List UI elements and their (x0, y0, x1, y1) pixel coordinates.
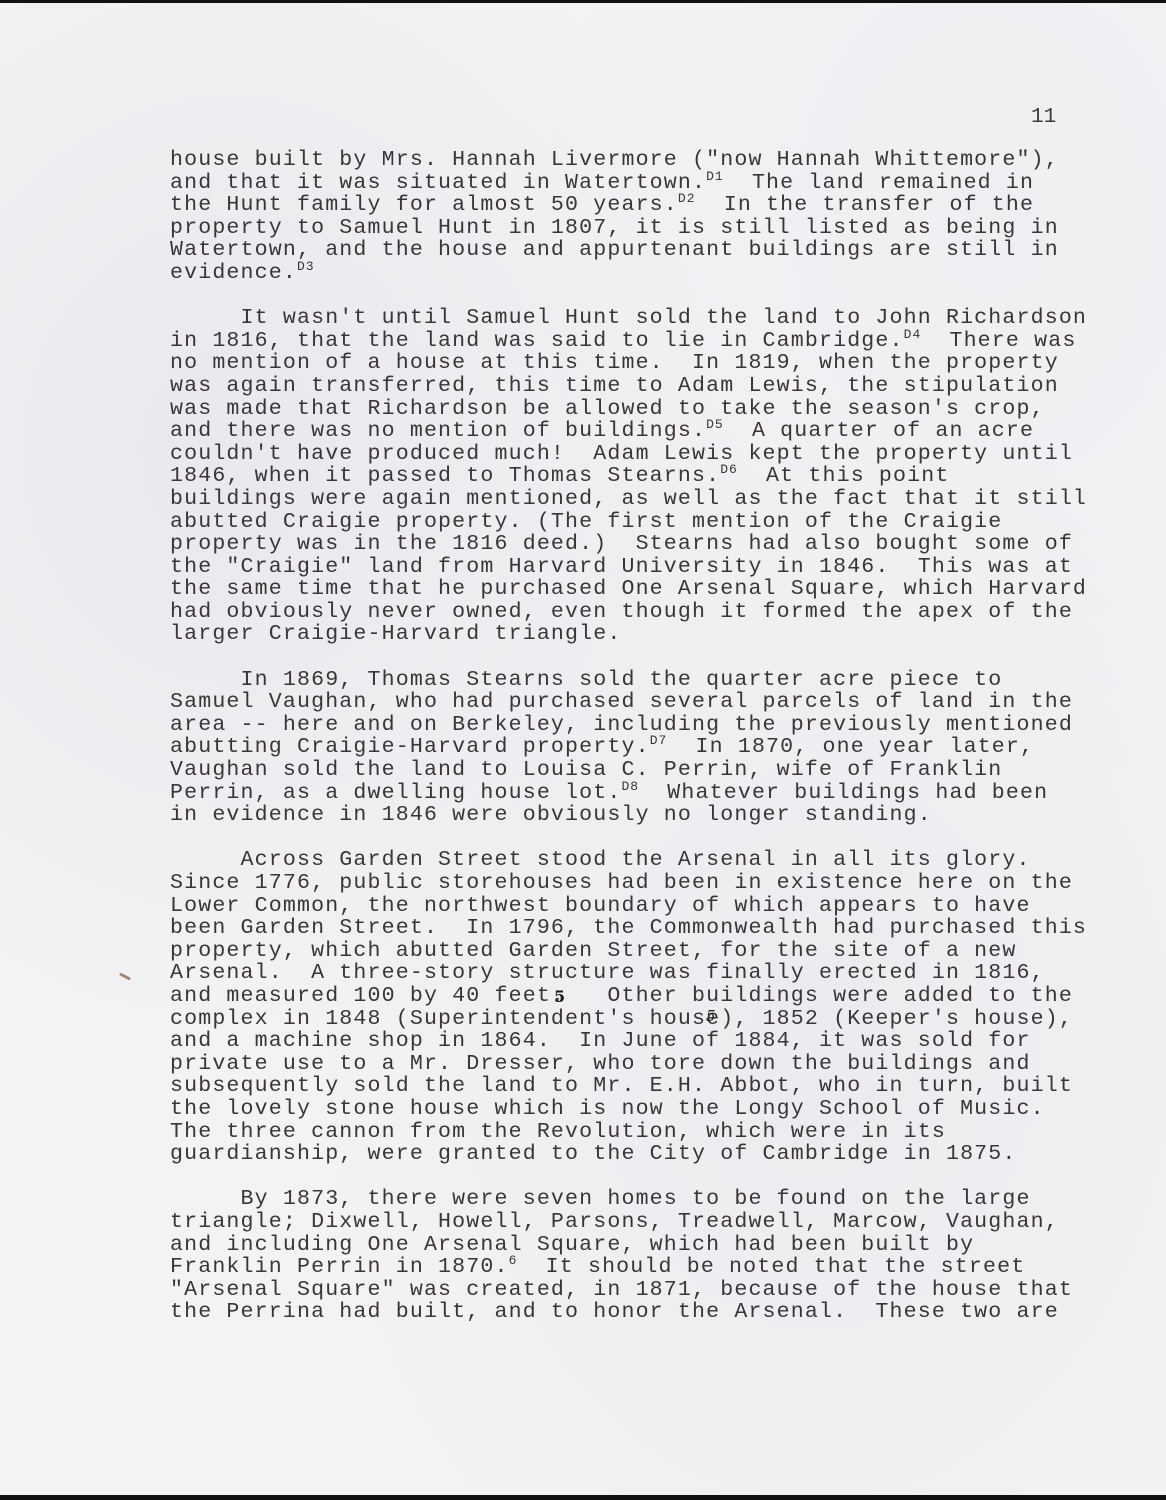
line-text: house built by Mrs. Hannah Livermore ("n… (170, 148, 1059, 172)
line-text-continued: It should be noted that the street (517, 1255, 1025, 1279)
text-line: the same time that he purchased One Arse… (170, 578, 1070, 601)
line-text: and a machine shop in 1864. In June of 1… (170, 1029, 1031, 1053)
paragraph: It wasn't until Samuel Hunt sold the lan… (170, 307, 1070, 646)
line-text: "Arsenal Square" was created, in 1871, b… (170, 1278, 1073, 1302)
line-text: guardianship, were granted to the City o… (170, 1142, 1017, 1166)
line-text: abutting Craigie-Harvard property. (170, 735, 650, 759)
line-text: abutted Craigie property. (The first men… (170, 510, 1002, 534)
handwritten-footnote-mark: 5 (554, 987, 565, 1006)
line-text: triangle; Dixwell, Howell, Parsons, Trea… (170, 1210, 1059, 1234)
text-line: Vaughan sold the land to Louisa C. Perri… (170, 759, 1070, 782)
line-text-continued: A quarter of an acre (724, 419, 1034, 443)
text-line: subsequently sold the land to Mr. E.H. A… (170, 1075, 1070, 1098)
line-text: the Perrina had built, and to honor the … (170, 1300, 1059, 1324)
footnote-reference: D8 (621, 779, 639, 794)
text-line: abutting Craigie-Harvard property.D7 In … (170, 736, 1070, 759)
body-text: house built by Mrs. Hannah Livermore ("n… (170, 149, 1070, 1324)
line-text: property, which abutted Garden Street, f… (170, 939, 1017, 963)
text-line: the lovely stone house which is now the … (170, 1098, 1070, 1121)
text-line: and including One Arsenal Square, which … (170, 1234, 1070, 1257)
text-line: been Garden Street. In 1796, the Commonw… (170, 917, 1070, 940)
line-text: been Garden Street. In 1796, the Commonw… (170, 916, 1087, 940)
text-line: was again transferred, this time to Adam… (170, 375, 1070, 398)
text-line: and there was no mention of buildings.D5… (170, 420, 1070, 443)
footnote-reference: D5 (706, 417, 724, 432)
line-text: Across Garden Street stood the Arsenal i… (170, 848, 1031, 872)
text-line: area -- here and on Berkeley, including … (170, 714, 1070, 737)
text-line: the "Craigie" land from Harvard Universi… (170, 556, 1070, 579)
line-text-continued: Whatever buildings had been (639, 781, 1048, 805)
text-line: Franklin Perrin in 1870.6 It should be n… (170, 1256, 1070, 1279)
page-number: 11 (1031, 106, 1056, 129)
line-text-continued: In the transfer of the (696, 193, 1035, 217)
line-text-continued: There was (921, 329, 1076, 353)
line-text: Samuel Vaughan, who had purchased severa… (170, 690, 1073, 714)
line-text: and including One Arsenal Square, which … (170, 1233, 974, 1257)
line-text: Perrin, as a dwelling house lot. (170, 781, 621, 805)
line-text: was made that Richardson be allowed to t… (170, 397, 1045, 421)
text-line: property, which abutted Garden Street, f… (170, 940, 1070, 963)
text-line: evidence.D3 (170, 262, 1070, 285)
line-text: 1846, when it passed to Thomas Stearns. (170, 464, 720, 488)
text-line: guardianship, were granted to the City o… (170, 1143, 1070, 1166)
text-line: had obviously never owned, even though i… (170, 601, 1070, 624)
footnote-reference: D4 (904, 327, 922, 342)
line-text: Franklin Perrin in 1870. (170, 1255, 509, 1279)
line-text: and there was no mention of buildings. (170, 419, 706, 443)
text-line: Across Garden Street stood the Arsenal i… (170, 849, 1070, 872)
line-text: private use to a Mr. Dresser, who tore d… (170, 1052, 1031, 1076)
document-page: 11 house built by Mrs. Hannah Livermore … (0, 3, 1166, 1495)
line-text: the Hunt family for almost 50 years. (170, 193, 678, 217)
text-line: 1846, when it passed to Thomas Stearns.D… (170, 465, 1070, 488)
line-text: in evidence in 1846 were obviously no lo… (170, 803, 932, 827)
line-text: Arsenal. A three-story structure was fin… (170, 961, 1045, 985)
footnote-reference: D3 (297, 259, 315, 274)
text-line: and that it was situated in Watertown.D1… (170, 172, 1070, 195)
text-line: complex in 1848 (Superintendent's house)… (170, 1008, 1070, 1031)
line-text-continued: At this point (738, 464, 950, 488)
text-line: abutted Craigie property. (The first men… (170, 511, 1070, 534)
line-text: property to Samuel Hunt in 1807, it is s… (170, 216, 1059, 240)
footnote-reference: D2 (678, 191, 696, 206)
line-text: and measured 100 by 40 feet. Other build… (170, 984, 1073, 1008)
text-line: Samuel Vaughan, who had purchased severa… (170, 691, 1070, 714)
text-line: buildings were again mentioned, as well … (170, 488, 1070, 511)
footnote-reference: D6 (720, 462, 738, 477)
text-line: property was in the 1816 deed.) Stearns … (170, 533, 1070, 556)
footnote-reference: D7 (650, 733, 668, 748)
line-text: couldn't have produced much! Adam Lewis … (170, 442, 1073, 466)
line-text: had obviously never owned, even though i… (170, 600, 1073, 624)
line-text: evidence. (170, 261, 297, 285)
text-line: and measured 100 by 40 feet. Other build… (170, 985, 1070, 1008)
line-text: buildings were again mentioned, as well … (170, 487, 1087, 511)
paragraph: In 1869, Thomas Stearns sold the quarter… (170, 669, 1070, 827)
scan-edge-bottom (0, 1495, 1166, 1500)
paragraph: house built by Mrs. Hannah Livermore ("n… (170, 149, 1070, 285)
line-text: It wasn't until Samuel Hunt sold the lan… (170, 306, 1087, 330)
text-line: couldn't have produced much! Adam Lewis … (170, 443, 1070, 466)
text-line: Arsenal. A three-story structure was fin… (170, 962, 1070, 985)
line-text-continued: In 1870, one year later, (667, 735, 1034, 759)
line-text: complex in 1848 (Superintendent's house)… (170, 1007, 1073, 1031)
line-text: The three cannon from the Revolution, wh… (170, 1120, 946, 1144)
text-line: the Perrina had built, and to honor the … (170, 1301, 1070, 1324)
text-line: By 1873, there were seven homes to be fo… (170, 1188, 1070, 1211)
footnote-reference: D1 (706, 169, 724, 184)
text-line: In 1869, Thomas Stearns sold the quarter… (170, 669, 1070, 692)
text-line: property to Samuel Hunt in 1807, it is s… (170, 217, 1070, 240)
text-line: house built by Mrs. Hannah Livermore ("n… (170, 149, 1070, 172)
line-text: larger Craigie-Harvard triangle. (170, 622, 621, 646)
text-line: Since 1776, public storehouses had been … (170, 872, 1070, 895)
line-text: the same time that he purchased One Arse… (170, 577, 1087, 601)
text-line: was made that Richardson be allowed to t… (170, 398, 1070, 421)
line-text: property was in the 1816 deed.) Stearns … (170, 532, 1073, 556)
text-line: the Hunt family for almost 50 years.D2 I… (170, 194, 1070, 217)
margin-pen-mark (119, 972, 131, 980)
text-line: "Arsenal Square" was created, in 1871, b… (170, 1279, 1070, 1302)
line-text: was again transferred, this time to Adam… (170, 374, 1059, 398)
line-text: Vaughan sold the land to Louisa C. Perri… (170, 758, 1002, 782)
text-line: Perrin, as a dwelling house lot.D8 Whate… (170, 782, 1070, 805)
line-text: By 1873, there were seven homes to be fo… (170, 1187, 1031, 1211)
handwritten-footnote-mark: 5 (706, 1007, 716, 1025)
text-line: in evidence in 1846 were obviously no lo… (170, 804, 1070, 827)
text-line: no mention of a house at this time. In 1… (170, 352, 1070, 375)
line-text: subsequently sold the land to Mr. E.H. A… (170, 1074, 1073, 1098)
line-text: in 1816, that the land was said to lie i… (170, 329, 904, 353)
text-line: The three cannon from the Revolution, wh… (170, 1121, 1070, 1144)
text-line: Lower Common, the northwest boundary of … (170, 895, 1070, 918)
text-line: and a machine shop in 1864. In June of 1… (170, 1030, 1070, 1053)
line-text-continued: The land remained in (724, 171, 1034, 195)
line-text: In 1869, Thomas Stearns sold the quarter… (170, 668, 1002, 692)
paragraph: By 1873, there were seven homes to be fo… (170, 1188, 1070, 1324)
text-line: in 1816, that the land was said to lie i… (170, 330, 1070, 353)
line-text: the lovely stone house which is now the … (170, 1097, 1045, 1121)
line-text: Lower Common, the northwest boundary of … (170, 894, 1031, 918)
line-text: the "Craigie" land from Harvard Universi… (170, 555, 1073, 579)
paragraph: Across Garden Street stood the Arsenal i… (170, 849, 1070, 1165)
text-line: triangle; Dixwell, Howell, Parsons, Trea… (170, 1211, 1070, 1234)
text-line: private use to a Mr. Dresser, who tore d… (170, 1053, 1070, 1076)
line-text: and that it was situated in Watertown. (170, 171, 706, 195)
text-line: larger Craigie-Harvard triangle. (170, 623, 1070, 646)
line-text: no mention of a house at this time. In 1… (170, 351, 1059, 375)
line-text: area -- here and on Berkeley, including … (170, 713, 1073, 737)
text-line: It wasn't until Samuel Hunt sold the lan… (170, 307, 1070, 330)
line-text: Since 1776, public storehouses had been … (170, 871, 1073, 895)
